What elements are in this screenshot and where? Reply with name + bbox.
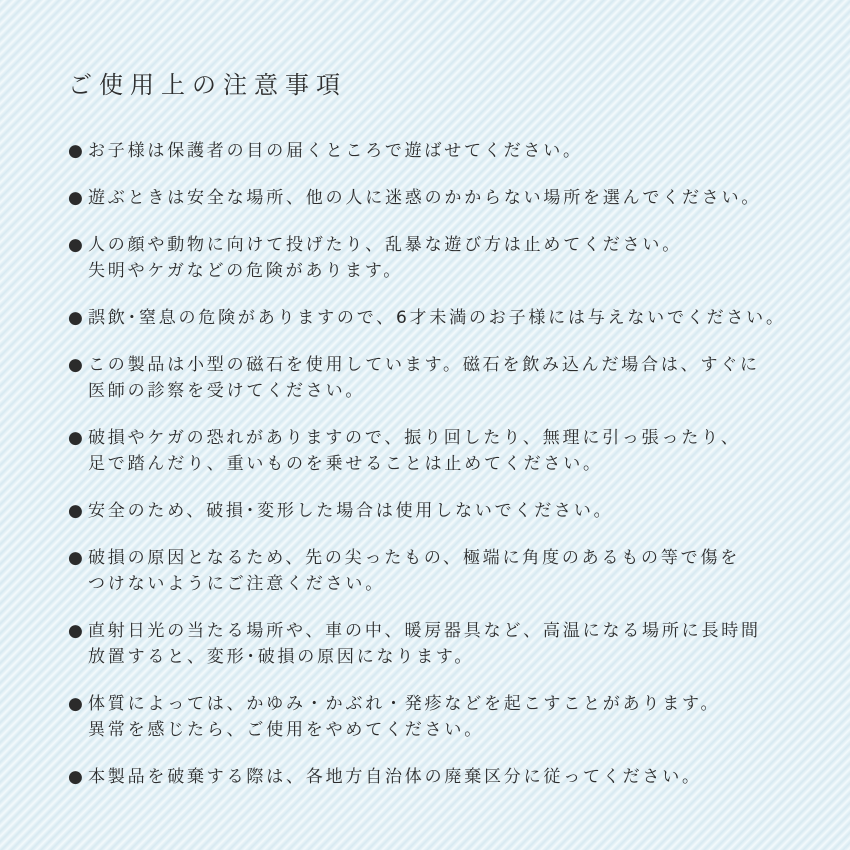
bullet-icon: ● (68, 545, 88, 571)
notice-text: 失明やケガなどの危険があります。 (88, 261, 403, 281)
notice-item: ●遊ぶときは安全な場所、他の人に迷惑のかからない場所を選んでください。 (68, 185, 850, 211)
notice-text: 直射日光の当たる場所や、車の中、暖房器具など、高温になる場所に長時間 (88, 621, 761, 641)
notice-line-first: ●人の顔や動物に向けて投げたり、乱暴な遊び方は止めてください。 (68, 232, 850, 258)
notice-text: この製品は小型の磁石を使用しています。磁石を飲み込んだ場合は、すぐに (88, 355, 760, 375)
notice-text: 安全のため、破損･変形した場合は使用しないでください。 (88, 501, 613, 521)
notice-line-first: ●本製品を破棄する際は、各地方自治体の廃棄区分に従ってください。 (68, 764, 850, 790)
notice-line-continuation: 医師の診察を受けてください。 (68, 378, 850, 404)
notice-item: ●人の顔や動物に向けて投げたり、乱暴な遊び方は止めてください。失明やケガなどの危… (68, 232, 850, 284)
bullet-icon: ● (68, 232, 88, 258)
notice-text: 体質によっては、かゆみ・かぶれ・発疹などを起こすことがあります。 (88, 694, 720, 714)
notice-line-first: ●遊ぶときは安全な場所、他の人に迷惑のかからない場所を選んでください。 (68, 185, 850, 211)
notice-line-continuation: 失明やケガなどの危険があります。 (68, 258, 850, 284)
bullet-icon: ● (68, 498, 88, 524)
bullet-icon: ● (68, 185, 88, 211)
notice-item: ●本製品を破棄する際は、各地方自治体の廃棄区分に従ってください。 (68, 764, 850, 790)
notice-item: ●破損の原因となるため、先の尖ったもの、極端に角度のあるもの等で傷をつけないよう… (68, 545, 850, 597)
notice-line-first: ●誤飲･窒息の危険がありますので、6才未満のお子様には与えないでください。 (68, 305, 850, 331)
notice-item: ●安全のため、破損･変形した場合は使用しないでください。 (68, 498, 850, 524)
notice-line-first: ●破損やケガの恐れがありますので、振り回したり、無理に引っ張ったり、 (68, 425, 850, 451)
notice-text: 誤飲･窒息の危険がありますので、6才未満のお子様には与えないでください。 (88, 308, 786, 328)
notice-text: 遊ぶときは安全な場所、他の人に迷惑のかからない場所を選んでください。 (88, 188, 761, 208)
notice-text: つけないようにご注意ください。 (88, 574, 385, 594)
notice-text: お子様は保護者の目の届くところで遊ばせてください。 (88, 141, 583, 161)
notice-item: ●お子様は保護者の目の届くところで遊ばせてください。 (68, 138, 850, 164)
notice-list: ●お子様は保護者の目の届くところで遊ばせてください。●遊ぶときは安全な場所、他の… (68, 138, 850, 790)
notice-item: ●直射日光の当たる場所や、車の中、暖房器具など、高温になる場所に長時間放置すると… (68, 618, 850, 670)
notice-line-continuation: 足で踏んだり、重いものを乗せることは止めてください。 (68, 451, 850, 477)
notice-line-first: ●直射日光の当たる場所や、車の中、暖房器具など、高温になる場所に長時間 (68, 618, 850, 644)
notice-text: 異常を感じたら、ご使用をやめてください。 (88, 720, 484, 740)
notice-text: 破損の原因となるため、先の尖ったもの、極端に角度のあるもの等で傷を (88, 548, 740, 568)
notice-text: 医師の診察を受けてください。 (88, 381, 365, 401)
bullet-icon: ● (68, 691, 88, 717)
notice-line-first: ●この製品は小型の磁石を使用しています。磁石を飲み込んだ場合は、すぐに (68, 352, 850, 378)
notice-text: 本製品を破棄する際は、各地方自治体の廃棄区分に従ってください。 (88, 767, 702, 787)
notice-item: ●体質によっては、かゆみ・かぶれ・発疹などを起こすことがあります。異常を感じたら… (68, 691, 850, 743)
caution-sheet: ご使用上の注意事項 ●お子様は保護者の目の届くところで遊ばせてください。●遊ぶと… (0, 0, 850, 850)
bullet-icon: ● (68, 425, 88, 451)
notice-text: 破損やケガの恐れがありますので、振り回したり、無理に引っ張ったり、 (88, 428, 741, 448)
notice-line-first: ●安全のため、破損･変形した場合は使用しないでください。 (68, 498, 850, 524)
notice-text: 足で踏んだり、重いものを乗せることは止めてください。 (88, 454, 603, 474)
notice-line-first: ●体質によっては、かゆみ・かぶれ・発疹などを起こすことがあります。 (68, 691, 850, 717)
notice-item: ●この製品は小型の磁石を使用しています。磁石を飲み込んだ場合は、すぐに医師の診察… (68, 352, 850, 404)
notice-line-continuation: つけないようにご注意ください。 (68, 571, 850, 597)
notice-text: 人の顔や動物に向けて投げたり、乱暴な遊び方は止めてください。 (88, 235, 682, 255)
bullet-icon: ● (68, 352, 88, 378)
bullet-icon: ● (68, 618, 88, 644)
notice-item: ●誤飲･窒息の危険がありますので、6才未満のお子様には与えないでください。 (68, 305, 850, 331)
notice-line-first: ●お子様は保護者の目の届くところで遊ばせてください。 (68, 138, 850, 164)
notice-line-continuation: 放置すると、変形･破損の原因になります。 (68, 644, 850, 670)
bullet-icon: ● (68, 764, 88, 790)
notice-text: 放置すると、変形･破損の原因になります。 (88, 647, 474, 667)
notice-line-first: ●破損の原因となるため、先の尖ったもの、極端に角度のあるもの等で傷を (68, 545, 850, 571)
page-title: ご使用上の注意事項 (68, 70, 850, 100)
notice-item: ●破損やケガの恐れがありますので、振り回したり、無理に引っ張ったり、足で踏んだり… (68, 425, 850, 477)
bullet-icon: ● (68, 138, 88, 164)
bullet-icon: ● (68, 305, 88, 331)
notice-line-continuation: 異常を感じたら、ご使用をやめてください。 (68, 717, 850, 743)
